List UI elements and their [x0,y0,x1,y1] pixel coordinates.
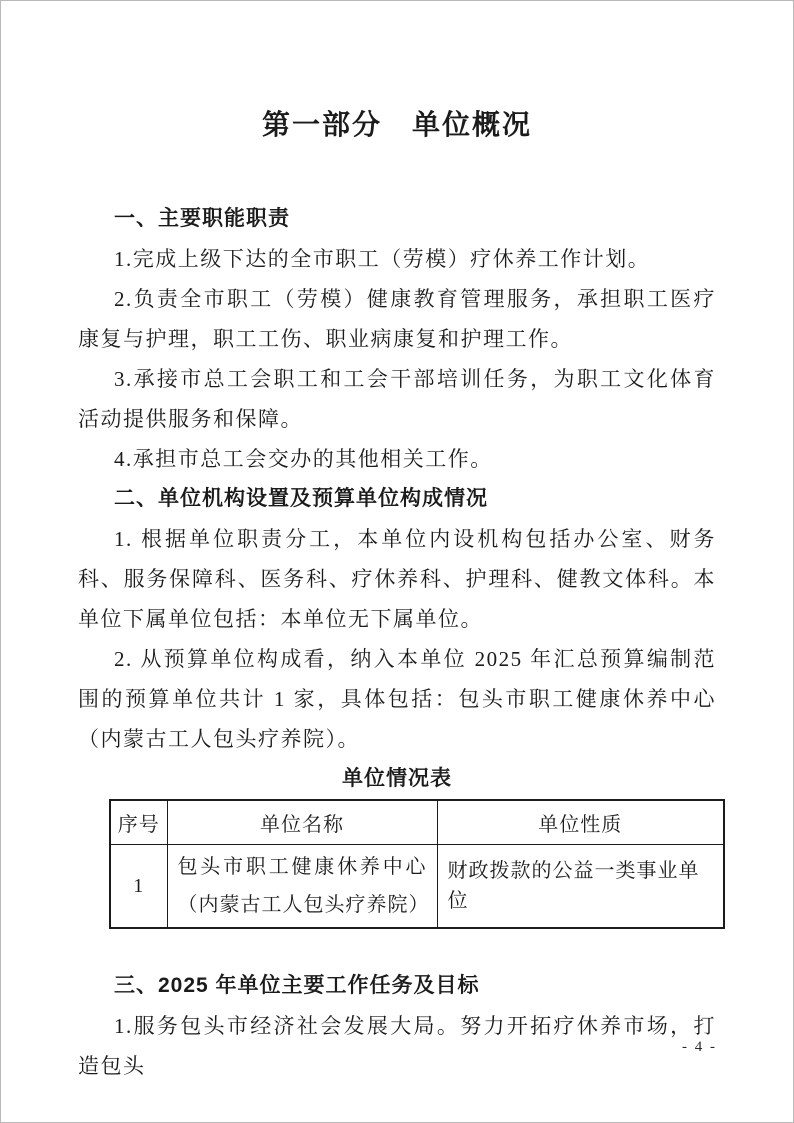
page-title: 第一部分 单位概况 [1,107,793,145]
paragraph: 1.完成上级下达的全市职工（劳模）疗休养工作计划。 [78,239,716,279]
document-page: 第一部分 单位概况 一、主要职能职责 1.完成上级下达的全市职工（劳模）疗休养工… [0,0,794,1123]
column-header-nature: 单位性质 [437,800,724,845]
table-header-row: 序号 单位名称 单位性质 [110,800,724,845]
paragraph: 1. 根据单位职责分工，本单位内设机构包括办公室、财务科、服务保障科、医务科、疗… [78,519,716,639]
paragraph: 2. 从预算单位构成看，纳入本单位 2025 年汇总预算编制范围的预算单位共计 … [78,639,716,759]
cell-unit-name: 包头市职工健康休养中心（内蒙古工人包头疗养院） [167,845,437,929]
column-header-index: 序号 [110,800,167,845]
section-heading-3: 三、2025 年单位主要工作任务及目标 [78,966,716,1006]
paragraph: 4.承担市总工会交办的其他相关工作。 [78,439,716,479]
unit-info-table: 序号 单位名称 单位性质 1 包头市职工健康休养中心（内蒙古工人包头疗养院） 财… [109,799,725,929]
table-row: 1 包头市职工健康休养中心（内蒙古工人包头疗养院） 财政拨款的公益一类事业单位 [110,845,724,929]
section-heading-2: 二、单位机构设置及预算单位构成情况 [78,479,716,519]
section-heading-1: 一、主要职能职责 [78,199,716,239]
paragraph: 2.负责全市职工（劳模）健康教育管理服务，承担职工医疗康复与护理，职工工伤、职业… [78,279,716,359]
paragraph: 1.服务包头市经济社会发展大局。努力开拓疗休养市场，打造包头 [78,1006,716,1086]
document-body: 一、主要职能职责 1.完成上级下达的全市职工（劳模）疗休养工作计划。 2.负责全… [78,199,716,1086]
cell-unit-index: 1 [110,845,167,929]
table-title: 单位情况表 [78,759,716,799]
page-number: - 4 - [682,1039,717,1056]
cell-unit-nature: 财政拨款的公益一类事业单位 [437,845,724,929]
paragraph: 3.承接市总工会职工和工会干部培训任务，为职工文化体育活动提供服务和保障。 [78,359,716,439]
column-header-name: 单位名称 [167,800,437,845]
